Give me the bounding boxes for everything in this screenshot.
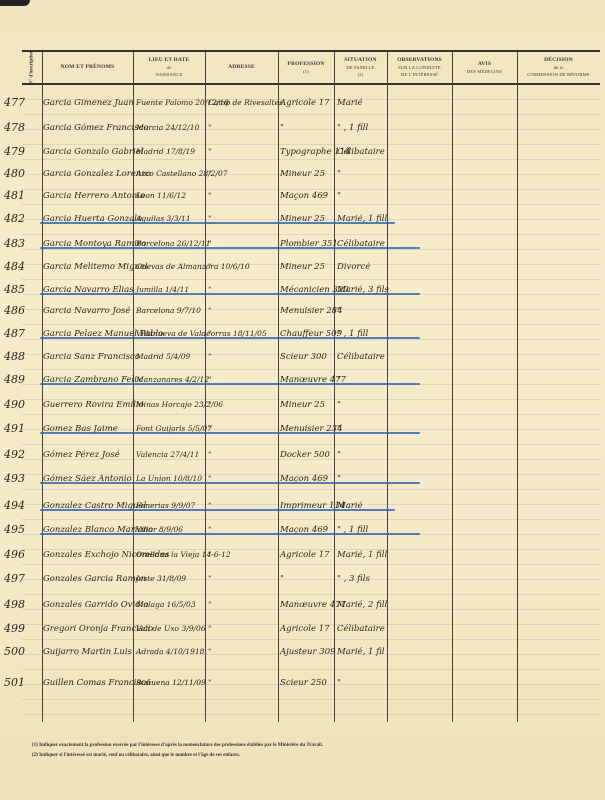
table-row: 488Garcia Sanz FranciscoMadrid 5/4/09"Sc… [0,350,605,370]
row-name: Gonzales Garcia Ramon [43,574,146,584]
torn-corner [0,0,30,6]
row-address: " [208,678,211,687]
header-bottom-border [22,83,600,85]
table-row: 499Gregori Oronja FranciscoVall de Uxo 3… [0,622,605,642]
header-birth-line3: NAISSANCE [155,71,182,78]
row-number: 487 [4,327,25,340]
row-birth: Leon 11/6/12 [136,191,186,200]
row-address: Camp de Rivesaltes [208,98,283,107]
header-profession-note: (1) [303,68,309,75]
row-name: Garcia Melitemo Miguel [43,262,148,272]
row-address: " [208,306,211,315]
row-number: 488 [4,350,25,363]
table-row: 481Garcia Herrero AntonioLeon 11/6/12"Ma… [0,189,605,209]
row-situation: " , 1 fill [337,123,368,133]
row-birth: Madrid 5/4/09 [136,352,190,361]
row-number: 486 [4,304,25,317]
row-address: " [208,191,211,200]
row-situation: " [337,191,341,201]
header-avis: AVIS DES MÉDECINS [452,52,517,83]
row-birth: Murcia 24/12/10 [136,123,199,132]
row-address: " [208,647,211,656]
table-row: 494Gonzalez Castro MiguelFenerias 9/9/07… [0,499,605,519]
row-profession: " [280,574,284,584]
row-address: " [208,550,211,559]
row-situation: Marié, 1 fil [337,647,385,657]
row-name: Guijarro Martin Luis [43,647,132,657]
row-profession: Maçon 469 [280,191,328,201]
header-decision-line2: de la [554,64,564,71]
row-birth: Barcelona 9/7/10 [136,306,201,315]
row-number: 491 [4,422,25,435]
row-name: Garcia Gimenez Juan [43,98,134,108]
table-row: 498Gonzales Garrido OvidioMalaga 16/5/03… [0,598,605,618]
header-decision-line3: COMMISSION DE RÉFORME [527,71,589,78]
row-profession: " [280,123,284,133]
row-number: 479 [4,145,25,158]
row-profession: Mineur 25 [280,169,325,179]
table-row: 492Gómez Pérez JoséValencia 27/4/11"Dock… [0,448,605,468]
row-birth: Valencia 27/4/11 [136,450,199,459]
header-decision: DÉCISION de la COMMISSION DE RÉFORME [517,52,600,83]
row-situation: " [337,450,341,460]
header-address: ADRESSE [205,52,278,83]
row-birth: Cuevas de Almanzora 10/6/10 [136,262,250,271]
header-decision-line1: DÉCISION [544,57,573,64]
header-profession: PROFESSION (1) [278,52,334,83]
header-birth: LIEU ET DATE de NAISSANCE [133,52,205,83]
row-name: Guillen Comas Francisco [43,678,151,688]
row-address: " [208,169,211,178]
row-situation: " [337,169,341,179]
row-situation: Célibataire [337,147,385,157]
row-birth: Adrada 4/10/1918 [136,647,204,656]
row-situation: " [337,678,341,688]
table-row: 487Garcia Pelaez Manuel PabloVillanueva … [0,327,605,347]
table-row: 485Garcia Navarro EliasJumilla 1/4/11"Mé… [0,283,605,303]
row-situation: Divorcé [337,262,370,272]
header-name-label: NOM ET PRÉNOMS [61,64,115,71]
row-birth: Orellana la Vieja 14-6-12 [136,550,231,559]
strikethrough-line [40,222,395,224]
row-number: 477 [4,96,25,109]
row-address: " [208,262,211,271]
row-address: " [208,574,211,583]
row-number: 492 [4,448,25,461]
row-name: Guerrero Rovira Emilio [43,400,144,410]
row-number: 489 [4,373,25,386]
row-address: " [208,600,211,609]
row-number: 482 [4,212,25,225]
row-number: 478 [4,121,25,134]
strikethrough-line [40,533,420,535]
row-profession: Agricole 17 [280,98,330,108]
table-row: 500Guijarro Martin LuisAdrada 4/10/1918"… [0,645,605,665]
header-observations: OBSERVATIONS SUR LA CONDUITE DE L'INTÉRE… [387,52,452,83]
row-name: Gómez Pérez José [43,450,120,460]
header-number: N° d'inscription [22,52,42,83]
header-number-label: N° d'inscription [30,50,35,84]
row-number: 498 [4,598,25,611]
row-address: " [208,450,211,459]
table-row: 477Garcia Gimenez JuanFuente Palomo 20/1… [0,96,605,116]
row-situation: " [337,306,341,316]
row-situation: Marié [337,98,363,108]
row-number: 496 [4,548,25,561]
row-profession: Scieur 250 [280,678,327,688]
row-name: Garcia Gómez Francisco [43,123,149,133]
row-birth: Malaga 16/5/03 [136,600,196,609]
row-profession: Mineur 25 [280,262,325,272]
table-row: 496Gonzales Exchojo NicomedesOrellana la… [0,548,605,568]
header-situation-line2: DE FAMILLE [346,64,374,71]
table-row: 486Garcia Navarro JoséBarcelona 9/7/10"M… [0,304,605,324]
table-row: 479Garcia Gonzalo GabrielMadrid 17/8/19"… [0,145,605,165]
strikethrough-line [40,482,420,484]
header-obs-line3: DE L'INTÉRESSÉ [401,71,438,78]
table-row: 493Gómez Sáez AntonioLa Union 10/8/10"Ma… [0,472,605,492]
row-number: 485 [4,283,25,296]
header-birth-line1: LIEU ET DATE [149,57,190,64]
table-row: 483Garcia Montoya RamiroBarcelona 26/12/… [0,237,605,257]
row-profession: Menuisier 284 [280,306,343,316]
row-name: Garcia Gonzalez Lorenzo [43,169,151,179]
row-number: 480 [4,167,25,180]
strikethrough-line [40,509,395,511]
row-situation: Marié, 1 fill [337,550,387,560]
footnote-2: (2) Indiquer si l'intéressé est marié, v… [32,753,240,758]
header-name: NOM ET PRÉNOMS [42,52,133,83]
row-address: " [208,123,211,132]
row-birth: Vall de Uxo 3/9/06 [136,624,206,633]
header-avis-line2: DES MÉDECINS [467,68,502,75]
table-row: 478Garcia Gómez FranciscoMurcia 24/12/10… [0,121,605,141]
table-row: 484Garcia Melitemo MiguelCuevas de Alman… [0,260,605,280]
footnote-1: (1) Indiquer exactement la profession ex… [32,743,323,748]
header-situation-note: (2) [358,71,364,78]
strikethrough-line [40,337,420,339]
header-situation-line1: SITUATION [344,57,376,64]
row-number: 490 [4,398,25,411]
row-profession: Agricole 17 [280,550,330,560]
table-row: 501Guillen Comas FranciscoBuñuena 12/11/… [0,676,605,696]
row-address: " [208,352,211,361]
row-name: Garcia Gonzalo Gabriel [43,147,143,157]
row-birth: Buñuena 12/11/09 [136,678,206,687]
row-number: 501 [4,676,25,689]
row-situation: " , 3 fils [337,574,370,584]
row-number: 483 [4,237,25,250]
row-number: 481 [4,189,25,202]
row-situation: Marié, 2 fill [337,600,387,610]
strikethrough-line [40,432,420,434]
table-row: 491Gomez Bas JaimeFont Guijarls 5/5/07"M… [0,422,605,442]
row-address: " [208,624,211,633]
row-number: 500 [4,645,25,658]
row-profession: Mineur 25 [280,400,325,410]
row-profession: Agricole 17 [280,624,330,634]
table-row: 489Garcia Zambrano FelixManzanares 4/2/1… [0,373,605,393]
strikethrough-line [40,247,420,249]
row-profession: Scieur 300 [280,352,327,362]
row-name: Garcia Sanz Francisco [43,352,140,362]
strikethrough-line [40,293,420,295]
row-birth: Madrid 17/8/19 [136,147,195,156]
header-profession-label: PROFESSION [287,61,324,68]
row-profession: Ajusteur 309 [280,647,336,657]
row-number: 494 [4,499,25,512]
row-birth: Arco Castellano 28/2/07 [136,169,228,178]
row-situation: " [337,400,341,410]
row-name: Garcia Herrero Antonio [43,191,145,201]
table-row: 497Gonzales Garcia RamonJeste 31/8/09"""… [0,572,605,592]
row-birth: Jeste 31/8/09 [136,574,186,583]
strikethrough-line [40,383,420,385]
table-row: 482Garcia Huerta GonzaloAguilas 3/3/11"M… [0,212,605,232]
header-avis-line1: AVIS [478,61,491,68]
row-name: Gonzales Garrido Ovidio [43,600,148,610]
header-address-label: ADRESSE [228,64,255,71]
table-row: 490Guerrero Rovira EmilioMinas Horcajo 2… [0,398,605,418]
register-page: N° d'inscription NOM ET PRÉNOMS LIEU ET … [0,0,605,800]
row-number: 499 [4,622,25,635]
table-row: 480Garcia Gonzalez LorenzoArco Castellan… [0,167,605,187]
header-obs-line2: SUR LA CONDUITE [398,64,441,71]
row-profession: Docker 500 [280,450,330,460]
header-obs-line1: OBSERVATIONS [397,57,442,64]
row-number: 493 [4,472,25,485]
row-address: " [208,400,211,409]
row-number: 497 [4,572,25,585]
header-birth-line2: de [167,64,172,71]
row-address: " [208,147,211,156]
row-number: 495 [4,523,25,536]
row-situation: Célibataire [337,624,385,634]
table-row: 495Gonzalez Blanco MarianoVillar 8/9/06"… [0,523,605,543]
row-number: 484 [4,260,25,273]
row-name: Garcia Navarro José [43,306,130,316]
row-situation: Célibataire [337,352,385,362]
header-situation: SITUATION DE FAMILLE (2) [334,52,387,83]
